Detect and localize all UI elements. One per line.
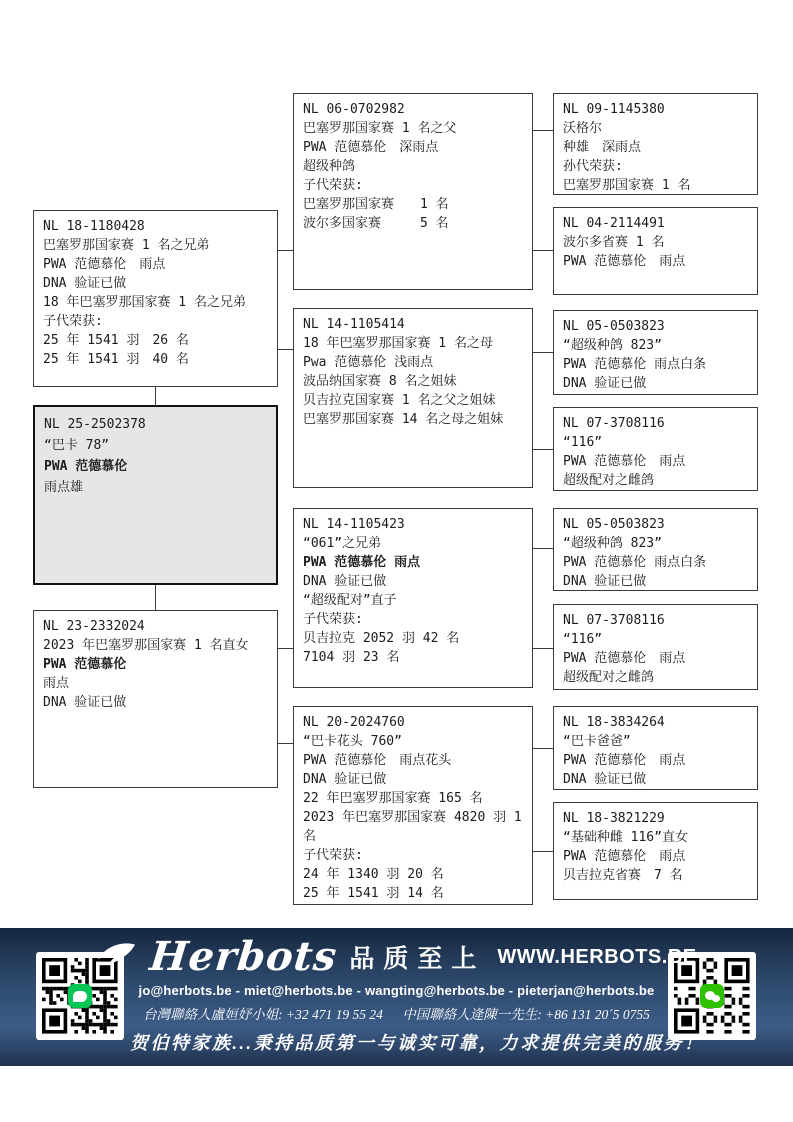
pedigree-text-line: DNA 验证已做 [563, 770, 748, 789]
connector-line [533, 851, 553, 852]
footer-center: Herbots 品质至上 WWW.HERBOTS.BE jo@herbots.b… [130, 933, 663, 1055]
pedigree-text-line: DNA 验证已做 [43, 274, 268, 293]
pedigree-text-line: “超级配对”直子 [303, 591, 523, 610]
pedigree-box-granddam-1: NL 14-110541418 年巴塞罗那国家赛 1 名之母Pwa 范德慕伦 浅… [293, 308, 533, 488]
pedigree-text-line: PWA 范德慕伦 雨点 [43, 255, 268, 274]
connector-line [278, 648, 293, 649]
connector-line [533, 748, 553, 749]
pedigree-box-brother-of-barcelona-winner: NL 18-1180428巴塞罗那国家赛 1 名之兄弟PWA 范德慕伦 雨点DN… [33, 210, 278, 387]
pedigree-text-line: Pwa 范德慕伦 浅雨点 [303, 353, 523, 372]
pedigree-text-line: “116” [563, 433, 748, 452]
pedigree-text-line: NL 25-2502378 [44, 414, 267, 435]
pedigree-text-line: 子代荣获: [303, 610, 523, 629]
pedigree-text-line: NL 05-0503823 [563, 515, 748, 534]
pedigree-box-dam-line: NL 23-23320242023 年巴塞罗那国家赛 1 名直女PWA 范德慕伦… [33, 610, 278, 788]
pedigree-text-line: 巴塞罗那国家赛 14 名之母之姐妹 [303, 410, 523, 429]
pedigree-text-line: 18 年巴塞罗那国家赛 1 名之母 [303, 334, 523, 353]
pedigree-box-ggparent-6: NL 07-3708116“116”PWA 范德慕伦 雨点超级配对之雌鸽 [553, 604, 758, 690]
pedigree-text-line: NL 07-3708116 [563, 414, 748, 433]
pedigree-text-line: 25 年 1541 羽 14 名 [303, 884, 523, 903]
pedigree-text-line: DNA 验证已做 [43, 693, 268, 712]
connector-line [533, 548, 553, 549]
pedigree-text-line: PWA 范德慕伦 雨点 [563, 649, 748, 668]
pedigree-text-line: 波尔多国家赛 5 名 [303, 214, 523, 233]
pedigree-text-line: 沃格尔 [563, 119, 748, 138]
connector-line [278, 349, 293, 350]
logo-row: Herbots 品质至上 WWW.HERBOTS.BE [130, 933, 663, 981]
connector-line [533, 250, 553, 251]
pedigree-text-line: 雨点 [43, 674, 268, 693]
pedigree-text-line: NL 14-1105423 [303, 515, 523, 534]
pedigree-text-line: NL 09-1145380 [563, 100, 748, 119]
pedigree-text-line: 贝吉拉克省赛 7 名 [563, 866, 748, 885]
pedigree-box-ggparent-7: NL 18-3834264“巴卡爸爸”PWA 范德慕伦 雨点DNA 验证已做 [553, 706, 758, 790]
pedigree-text-line: NL 23-2332024 [43, 617, 268, 636]
pedigree-text-line: 25 年 1541 羽 26 名 [43, 331, 268, 350]
pedigree-text-line: 超级种鸽 [303, 157, 523, 176]
pedigree-text-line: NL 06-0702982 [303, 100, 523, 119]
feather-icon [94, 940, 140, 974]
pedigree-text-line: PWA 范德慕伦 雨点 [563, 751, 748, 770]
pedigree-box-granddam-2: NL 20-2024760“巴卡花头 760”PWA 范德慕伦 雨点花头DNA … [293, 706, 533, 905]
connector-line [533, 352, 553, 353]
pedigree-text-line: NL 18-3834264 [563, 713, 748, 732]
pedigree-box-grandsire-2: NL 14-1105423“061”之兄弟PWA 范德慕伦 雨点DNA 验证已做… [293, 508, 533, 688]
pedigree-text-line: “超级种鸽 823” [563, 336, 748, 355]
connector-line [278, 743, 293, 744]
connector-line [155, 585, 156, 610]
pedigree-box-ggparent-8: NL 18-3821229“基础种雌 116”直女PWA 范德慕伦 雨点贝吉拉克… [553, 802, 758, 900]
pedigree-text-line: NL 20-2024760 [303, 713, 523, 732]
pedigree-text-line: 24 年 1340 羽 20 名 [303, 865, 523, 884]
footer-banner: Herbots 品质至上 WWW.HERBOTS.BE jo@herbots.b… [0, 928, 793, 1066]
pedigree-text-line: “116” [563, 630, 748, 649]
pedigree-text-line: NL 18-3821229 [563, 809, 748, 828]
pedigree-text-line: 巴塞罗那国家赛 1 名 [303, 195, 523, 214]
email-line: jo@herbots.be - miet@herbots.be - wangti… [130, 983, 663, 998]
pedigree-text-line: NL 18-1180428 [43, 217, 268, 236]
pedigree-text-line: 巴塞罗那国家赛 1 名之父 [303, 119, 523, 138]
connector-line [533, 449, 553, 450]
pedigree-box-ggparent-3: NL 05-0503823“超级种鸽 823”PWA 范德慕伦 雨点白条DNA … [553, 310, 758, 395]
contact-line: 台灣聯絡人盧姮妤小姐: +32 471 19 55 24 中国聯絡人逄陳一先生:… [130, 1003, 663, 1023]
pedigree-text-line: NL 07-3708116 [563, 611, 748, 630]
pedigree-text-line: 巴塞罗那国家赛 1 名之兄弟 [43, 236, 268, 255]
pedigree-text-line: “基础种雌 116”直女 [563, 828, 748, 847]
pedigree-text-line: 波品纳国家赛 8 名之姐妹 [303, 372, 523, 391]
footer-tagline: 贺伯特家族...秉持品质第一与诚实可靠，力求提供完美的服务！ [130, 1029, 663, 1055]
pedigree-box-ggparent-4: NL 07-3708116“116”PWA 范德慕伦 雨点超级配对之雌鸽 [553, 407, 758, 491]
website-url: WWW.HERBOTS.BE [497, 946, 696, 969]
pedigree-text-line: NL 05-0503823 [563, 317, 748, 336]
pedigree-text-line: 子代荣获: [303, 176, 523, 195]
connector-line [155, 387, 156, 405]
pedigree-text-line: PWA 范德慕伦 雨点 [303, 553, 523, 572]
pedigree-text-line: 超级配对之雌鸽 [563, 471, 748, 490]
pedigree-text-line: DNA 验证已做 [303, 572, 523, 591]
pedigree-text-line: “巴卡 78” [44, 435, 267, 456]
pedigree-text-line: 22 年巴塞罗那国家赛 165 名 [303, 789, 523, 808]
pedigree-text-line: 2023 年巴塞罗那国家赛 1 名直女 [43, 636, 268, 655]
connector-line [533, 130, 553, 131]
pedigree-text-line: “巴卡爸爸” [563, 732, 748, 751]
pedigree-text-line: PWA 范德慕伦 雨点白条 [563, 355, 748, 374]
pedigree-text-line: DNA 验证已做 [303, 770, 523, 789]
pedigree-text-line: NL 14-1105414 [303, 315, 523, 334]
connector-line [278, 250, 293, 251]
pedigree-text-line: DNA 验证已做 [563, 572, 748, 591]
pedigree-text-line: 子代荣获: [43, 312, 268, 331]
pedigree-text-line: “超级种鸽 823” [563, 534, 748, 553]
pedigree-text-line: 25 年 1541 羽 46 名 [303, 903, 523, 905]
pedigree-box-subject-bird: NL 25-2502378“巴卡 78”PWA 范德慕伦雨点雄 [33, 405, 278, 585]
pedigree-text-line: PWA 范德慕伦 深雨点 [303, 138, 523, 157]
pedigree-text-line: PWA 范德慕伦 雨点 [563, 252, 748, 271]
pedigree-text-line: “061”之兄弟 [303, 534, 523, 553]
pedigree-text-line: PWA 范德慕伦 雨点白条 [563, 553, 748, 572]
pedigree-text-line: 贝吉拉克 2052 羽 42 名 [303, 629, 523, 648]
pedigree-box-grandsire-1: NL 06-0702982巴塞罗那国家赛 1 名之父PWA 范德慕伦 深雨点超级… [293, 93, 533, 290]
pedigree-text-line: 雨点雄 [44, 477, 267, 498]
pedigree-text-line: 7104 羽 23 名 [303, 648, 523, 667]
pedigree-text-line: 18 年巴塞罗那国家赛 1 名之兄弟 [43, 293, 268, 312]
wechat-icon [700, 984, 724, 1008]
pedigree-text-line: DNA 验证已做 [563, 374, 748, 393]
pedigree-text-line: PWA 范德慕伦 雨点花头 [303, 751, 523, 770]
pedigree-text-line: 贝吉拉克国家赛 1 名之父之姐妹 [303, 391, 523, 410]
pedigree-page: { "pedigree": { "boxes": { "l1": {"lines… [0, 0, 793, 1122]
pedigree-text-line: 种雄 深雨点 [563, 138, 748, 157]
pedigree-text-line: PWA 范德慕伦 雨点 [563, 452, 748, 471]
herbots-logo-text: Herbots [148, 935, 340, 979]
pedigree-text-line: 孙代荣获: [563, 157, 748, 176]
pedigree-box-ggparent-5: NL 05-0503823“超级种鸽 823”PWA 范德慕伦 雨点白条DNA … [553, 508, 758, 591]
pedigree-text-line: 巴塞罗那国家赛 1 名 [563, 176, 748, 195]
pedigree-text-line: PWA 范德慕伦 [44, 456, 267, 477]
pedigree-text-line: 2023 年巴塞罗那国家赛 4820 羽 1 名 [303, 808, 523, 846]
pedigree-text-line: PWA 范德慕伦 雨点 [563, 847, 748, 866]
pedigree-text-line: 波尔多省赛 1 名 [563, 233, 748, 252]
pedigree-text-line: “巴卡花头 760” [303, 732, 523, 751]
line-icon [68, 984, 92, 1008]
pedigree-text-line: NL 04-2114491 [563, 214, 748, 233]
contact-taiwan: 台灣聯絡人盧姮妤小姐: +32 471 19 55 24 [143, 1007, 383, 1022]
pedigree-text-line: 25 年 1541 羽 40 名 [43, 350, 268, 369]
pedigree-box-ggparent-2: NL 04-2114491波尔多省赛 1 名PWA 范德慕伦 雨点 [553, 207, 758, 295]
pedigree-text-line: PWA 范德慕伦 [43, 655, 268, 674]
slogan-chinese: 品质至上 [349, 939, 485, 975]
pedigree-text-line: 超级配对之雌鸽 [563, 668, 748, 687]
connector-line [533, 648, 553, 649]
pedigree-box-ggparent-1: NL 09-1145380沃格尔种雄 深雨点孙代荣获:巴塞罗那国家赛 1 名 [553, 93, 758, 195]
contact-china: 中国聯絡人逄陳一先生: +86 131 20´5 0755 [402, 1007, 650, 1022]
pedigree-text-line: 子代荣获: [303, 846, 523, 865]
